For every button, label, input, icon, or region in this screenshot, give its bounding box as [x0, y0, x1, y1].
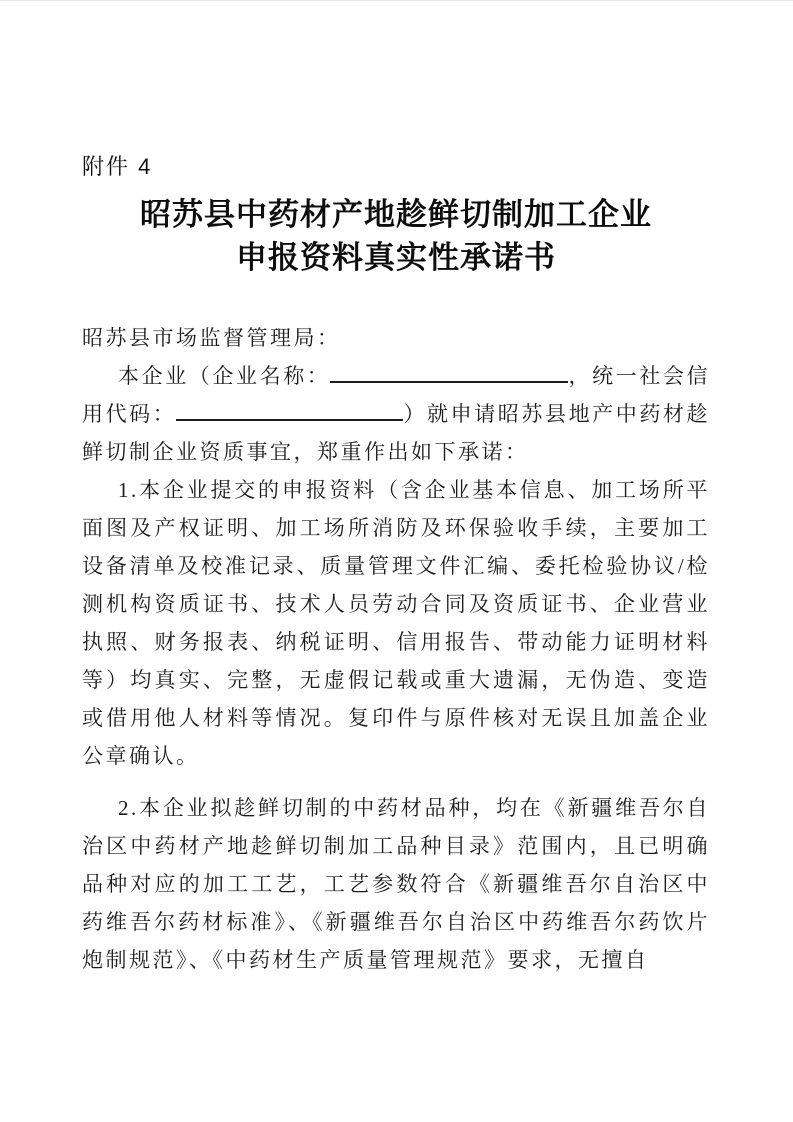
commitment-paragraph-2: 2.本企业拟趁鲜切制的中药材品种，均在《新疆维吾尔自治区中药材产地趁鲜切制加工品… [82, 789, 710, 979]
opening-paragraph: 本企业（企业名称：，统一社会信用代码：）就申请昭苏县地产中药材趁鲜切制企业资质事… [82, 357, 710, 471]
document-body: 昭苏县市场监督管理局： 本企业（企业名称：，统一社会信用代码：）就申请昭苏县地产… [82, 319, 710, 979]
page-top-edge [0, 0, 793, 1]
title-line-1: 昭苏县中药材产地趁鲜切制加工企业 [82, 193, 710, 236]
commitment-paragraph-1: 1.本企业提交的申报资料（含企业基本信息、加工场所平面图及产权证明、加工场所消防… [82, 471, 710, 775]
enterprise-name-blank-field[interactable] [330, 362, 568, 383]
title-line-2: 申报资料真实性承诺书 [82, 236, 710, 279]
document-title: 昭苏县中药材产地趁鲜切制加工企业 申报资料真实性承诺书 [82, 193, 710, 279]
salutation: 昭苏县市场监督管理局： [82, 319, 710, 357]
opening-text-1: 本企业（企业名称： [118, 364, 330, 388]
attachment-label: 附件 4 [82, 153, 710, 181]
credit-code-blank-field[interactable] [176, 400, 403, 421]
document-page: 附件 4 昭苏县中药材产地趁鲜切制加工企业 申报资料真实性承诺书 昭苏县市场监督… [0, 0, 793, 1122]
